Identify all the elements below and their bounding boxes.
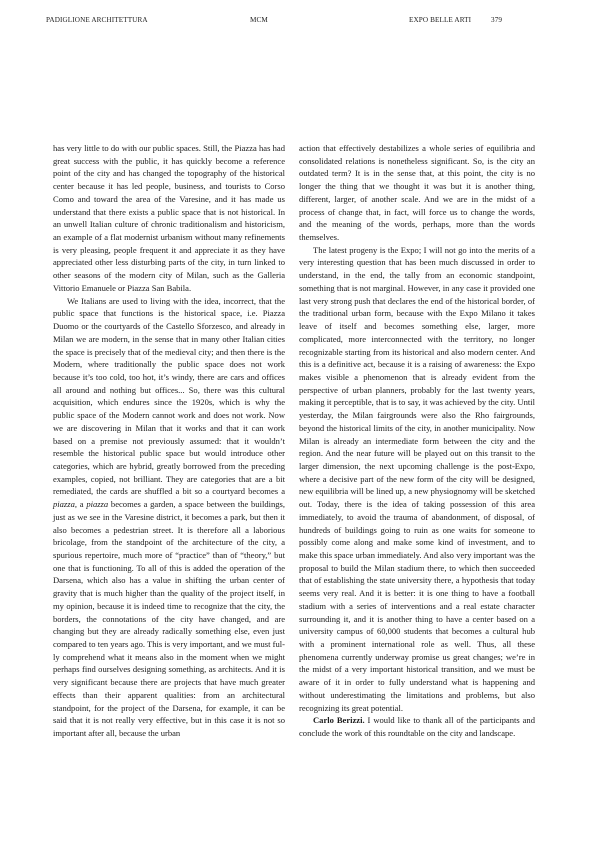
right-text-column: action that effectively destabilizes a w… — [299, 142, 535, 740]
paragraph: has very little to do with our public sp… — [53, 142, 285, 295]
paragraph-text: We Italians are used to living with the … — [53, 296, 285, 497]
paragraph: action that effectively destabilizes a w… — [299, 142, 535, 244]
italic-term: piazza — [86, 499, 108, 509]
paragraph-text: , a — [75, 499, 86, 509]
left-text-column: has very little to do with our public sp… — [53, 142, 285, 740]
running-header: PADIGLIONE ARCHITETTURA MCM EXPO BELLE A… — [0, 16, 592, 30]
header-center-label: MCM — [250, 16, 268, 24]
speaker-name: Carlo Berizzi. — [313, 715, 365, 725]
header-section-title: PADIGLIONE ARCHITETTURA — [46, 16, 148, 24]
paragraph-text: becomes a garden, a space between the bu… — [53, 499, 285, 738]
paragraph: Carlo Berizzi. I would like to thank all… — [299, 714, 535, 739]
paragraph: The latest progeny is the Expo; I will n… — [299, 244, 535, 715]
page-number: 379 — [491, 16, 502, 24]
header-chapter-title: EXPO BELLE ARTI — [409, 16, 471, 24]
italic-term: piazza — [53, 499, 75, 509]
paragraph: We Italians are used to living with the … — [53, 295, 285, 740]
